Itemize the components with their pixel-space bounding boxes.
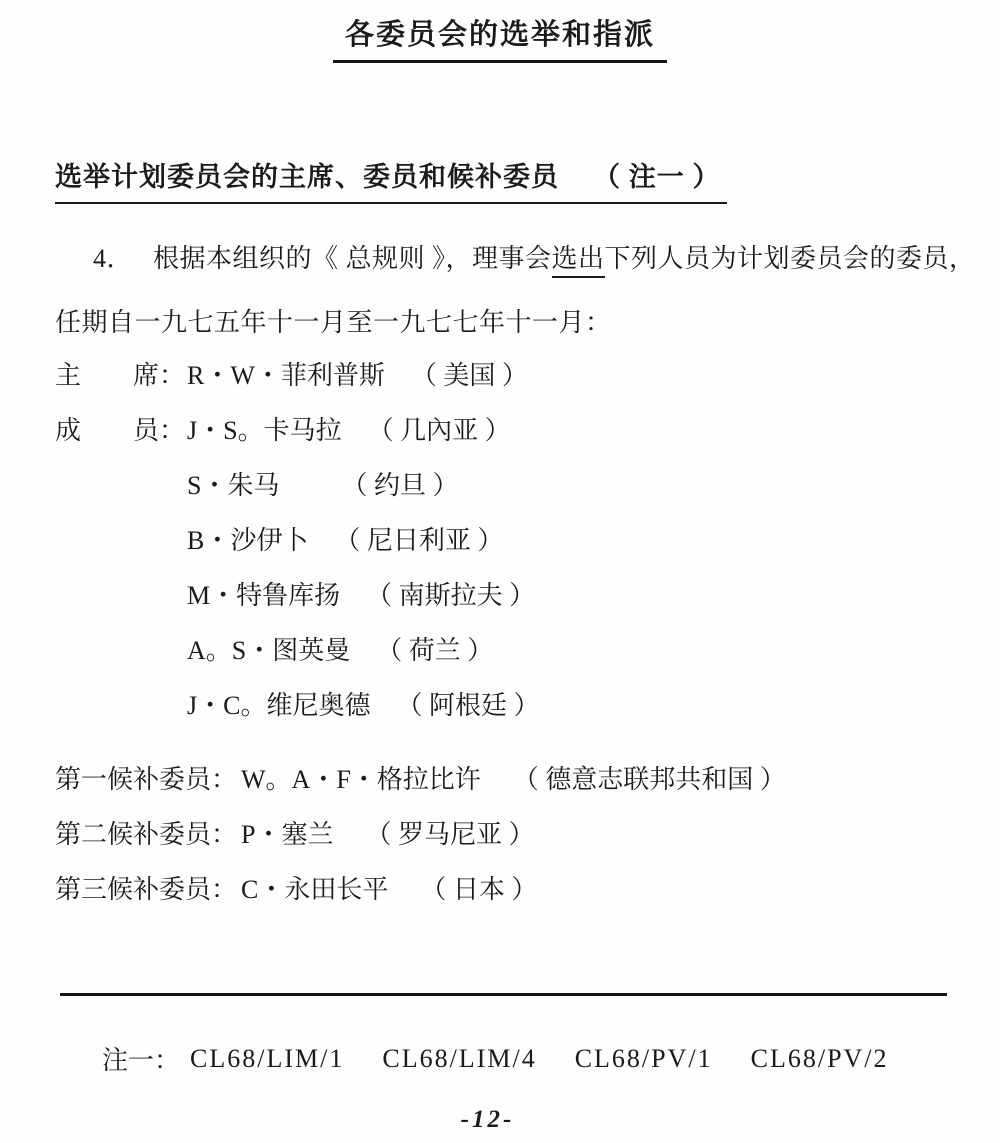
footnote: 注一： CL68/LIM/1 CL68/LIM/4 CL68/PV/1 CL68… — [102, 1040, 889, 1077]
member-name: M・特鲁库扬 — [187, 575, 340, 612]
role-label: 成 员： — [55, 410, 187, 447]
member-name: B・沙伊卜 — [187, 520, 308, 557]
footnote-label: 注一： — [102, 1040, 180, 1077]
alternate-row-1: 第一候补委员： W。A・F・格拉比许 （ 德意志联邦共和国 ） — [55, 750, 786, 805]
section-heading-block: 选举计划委员会的主席、委员和候补委员（ 注一 ） — [55, 155, 727, 204]
footer-divider — [60, 993, 947, 996]
member-country: （ 尼日利亚 ） — [334, 520, 503, 557]
paragraph-text-before: 根据本组织的《 总规则 》，理事会 — [153, 244, 552, 273]
section-heading: 选举计划委员会的主席、委员和候补委员（ 注一 ） — [55, 155, 727, 204]
roster-row-chairman: 主 席： R・W・菲利普斯 （ 美国 ） — [55, 346, 539, 401]
roster-row-member: A。S・图英曼 （ 荷兰 ） — [55, 621, 539, 676]
paragraph-number: 4． — [93, 244, 133, 273]
alternate-name: W。A・F・格拉比许 — [241, 759, 481, 796]
alternate-row-3: 第三候补委员： C・永田长平 （ 日本 ） — [55, 860, 786, 915]
roster-row-member: 成 员： J・S。卡马拉 （ 几內亚 ） — [55, 401, 539, 456]
alternate-label: 第二候补委员： — [55, 814, 241, 851]
alternate-country: （ 德意志联邦共和国 ） — [513, 759, 786, 796]
member-country: （ 几內亚 ） — [368, 410, 511, 447]
alternate-country: （ 日本 ） — [420, 869, 537, 906]
role-label: 主 席： — [55, 355, 187, 392]
document-code: CL68/PV/1 — [575, 1044, 713, 1074]
member-country: （ 美国 ） — [411, 355, 528, 392]
footnote-reference: （ 注一 ） — [593, 162, 721, 192]
alternate-name: C・永田长平 — [241, 869, 388, 906]
paragraph-line-1: 4．根据本组织的《 总规则 》，理事会选出下列人员为计划委员会的委员， — [55, 238, 980, 298]
roster-row-member: B・沙伊卜 （ 尼日利亚 ） — [55, 511, 539, 566]
member-name: J・C。维尼奥德 — [187, 685, 370, 722]
paragraph-4: 4．根据本组织的《 总规则 》，理事会选出下列人员为计划委员会的委员， 任期自一… — [55, 238, 980, 362]
member-name: A。S・图英曼 — [187, 630, 350, 667]
title-block: 各委员会的选举和指派 — [0, 12, 1000, 63]
document-code: CL68/LIM/1 — [190, 1044, 344, 1074]
page-number: -12- — [0, 1106, 975, 1134]
roster-row-member: S・朱马 （ 约旦 ） — [55, 456, 539, 511]
member-country: （ 荷兰 ） — [376, 630, 493, 667]
alternate-country: （ 罗马尼亚 ） — [365, 814, 534, 851]
alternate-name: P・塞兰 — [241, 814, 333, 851]
member-name: S・朱马 — [187, 465, 279, 502]
alternate-row-2: 第二候补委员： P・塞兰 （ 罗马尼亚 ） — [55, 805, 786, 860]
member-name: R・W・菲利普斯 — [187, 355, 385, 392]
document-code: CL68/PV/2 — [751, 1044, 889, 1074]
roster-row-member: M・特鲁库扬 （ 南斯拉夫 ） — [55, 566, 539, 621]
alternate-label: 第一候补委员： — [55, 759, 241, 796]
committee-roster: 主 席： R・W・菲利普斯 （ 美国 ） 成 员： J・S。卡马拉 （ 几內亚 … — [55, 346, 539, 731]
document-page: 各委员会的选举和指派 选举计划委员会的主席、委员和候补委员（ 注一 ） 4．根据… — [0, 0, 1000, 1143]
section-heading-text: 选举计划委员会的主席、委员和候补委员 — [55, 162, 559, 192]
alternate-members: 第一候补委员： W。A・F・格拉比许 （ 德意志联邦共和国 ） 第二候补委员： … — [55, 750, 786, 915]
member-country: （ 约旦 ） — [341, 465, 458, 502]
paragraph-text-after: 下列人员为计划委员会的委员， — [605, 244, 976, 273]
underlined-word: 选出 — [552, 244, 605, 278]
alternate-label: 第三候补委员： — [55, 869, 241, 906]
document-code: CL68/LIM/4 — [382, 1044, 536, 1074]
member-country: （ 阿根廷 ） — [396, 685, 539, 722]
page-title: 各委员会的选举和指派 — [333, 12, 667, 63]
member-country: （ 南斯拉夫 ） — [366, 575, 535, 612]
roster-row-member: J・C。维尼奥德 （ 阿根廷 ） — [55, 676, 539, 731]
member-name: J・S。卡马拉 — [187, 410, 342, 447]
